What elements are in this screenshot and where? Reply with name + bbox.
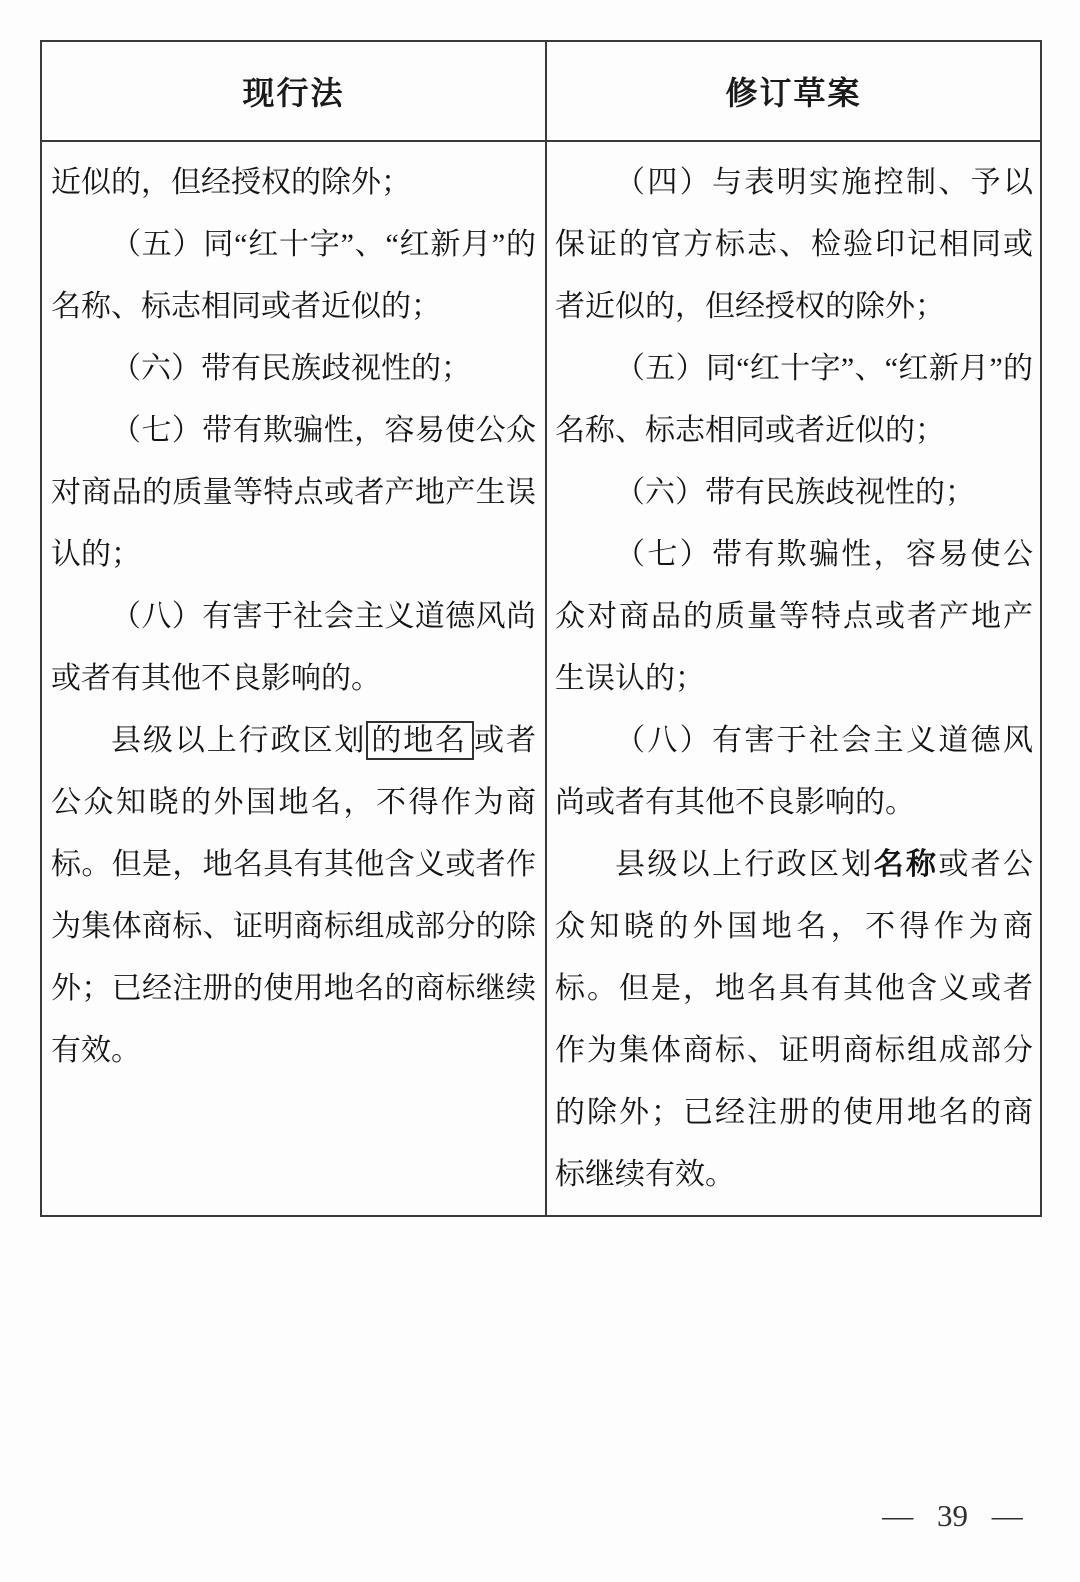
paragraph-text: 县级以上行政区划 (111, 724, 366, 757)
right-paragraph-3: （六）带有民族歧视性的； (555, 462, 1033, 524)
added-text-bold: 名称 (874, 848, 939, 881)
paragraph-text: （六）带有民族歧视性的； (111, 352, 471, 385)
paragraph-text: （六）带有民族歧视性的； (615, 476, 975, 509)
paragraph-text: （八）有害于社会主义道德风尚或者有其他不良影响的。 (51, 600, 536, 695)
right-paragraph-2: （五）同“红十字”、“红新月”的名称、标志相同或者近似的； (555, 338, 1033, 462)
paragraph-text: 县级以上行政区划 (615, 848, 874, 881)
header-current-law: 现行法 (42, 42, 547, 140)
left-paragraph-3: （六）带有民族歧视性的； (51, 338, 536, 400)
right-paragraph-4: （七）带有欺骗性，容易使公众对商品的质量等特点或者产地产生误认的； (555, 524, 1033, 710)
paragraph-text: （七）带有欺骗性，容易使公众对商品的质量等特点或者产地产生误认的； (51, 414, 536, 571)
revision-draft-cell: （四）与表明实施控制、予以保证的官方标志、检验印记相同或者近似的，但经授权的除外… (547, 142, 1040, 1215)
paragraph-text: （八）有害于社会主义道德风尚或者有其他不良影响的。 (555, 724, 1033, 819)
right-paragraph-6: 县级以上行政区划名称或者公众知晓的外国地名，不得作为商标。但是，地名具有其他含义… (555, 834, 1033, 1206)
paragraph-text: （四）与表明实施控制、予以保证的官方标志、检验印记相同或者近似的，但经授权的除外… (555, 166, 1033, 323)
deleted-text-box: 的地名 (366, 721, 474, 760)
right-paragraph-5: （八）有害于社会主义道德风尚或者有其他不良影响的。 (555, 710, 1033, 834)
current-law-cell: 近似的，但经授权的除外； （五）同“红十字”、“红新月”的名称、标志相同或者近似… (42, 142, 547, 1215)
table-header-row: 现行法 修订草案 (42, 42, 1040, 142)
paragraph-text: （五）同“红十字”、“红新月”的名称、标志相同或者近似的； (51, 228, 536, 323)
right-paragraph-1: （四）与表明实施控制、予以保证的官方标志、检验印记相同或者近似的，但经授权的除外… (555, 152, 1033, 338)
page-number: — 39 — (855, 1498, 1050, 1534)
header-revision-draft: 修订草案 (547, 42, 1040, 140)
paragraph-text: 近似的，但经授权的除外； (51, 166, 411, 199)
paragraph-text: （五）同“红十字”、“红新月”的名称、标志相同或者近似的； (555, 352, 1033, 447)
paragraph-text: 或者公众知晓的外国地名，不得作为商标。但是，地名具有其他含义或者作为集体商标、证… (51, 724, 536, 1067)
table-body-row: 近似的，但经授权的除外； （五）同“红十字”、“红新月”的名称、标志相同或者近似… (42, 142, 1040, 1215)
left-paragraph-5: （八）有害于社会主义道德风尚或者有其他不良影响的。 (51, 586, 536, 710)
document-page: 现行法 修订草案 近似的，但经授权的除外； （五）同“红十字”、“红新月”的名称… (0, 0, 1080, 1582)
left-paragraph-1: 近似的，但经授权的除外； (51, 152, 536, 214)
paragraph-text: （七）带有欺骗性，容易使公众对商品的质量等特点或者产地产生误认的； (555, 538, 1033, 695)
paragraph-text: 或者公众知晓的外国地名，不得作为商标。但是，地名具有其他含义或者作为集体商标、证… (555, 848, 1033, 1191)
law-comparison-table: 现行法 修订草案 近似的，但经授权的除外； （五）同“红十字”、“红新月”的名称… (40, 40, 1042, 1217)
left-paragraph-4: （七）带有欺骗性，容易使公众对商品的质量等特点或者产地产生误认的； (51, 400, 536, 586)
left-paragraph-6: 县级以上行政区划的地名或者公众知晓的外国地名，不得作为商标。但是，地名具有其他含… (51, 710, 536, 1082)
left-paragraph-2: （五）同“红十字”、“红新月”的名称、标志相同或者近似的； (51, 214, 536, 338)
